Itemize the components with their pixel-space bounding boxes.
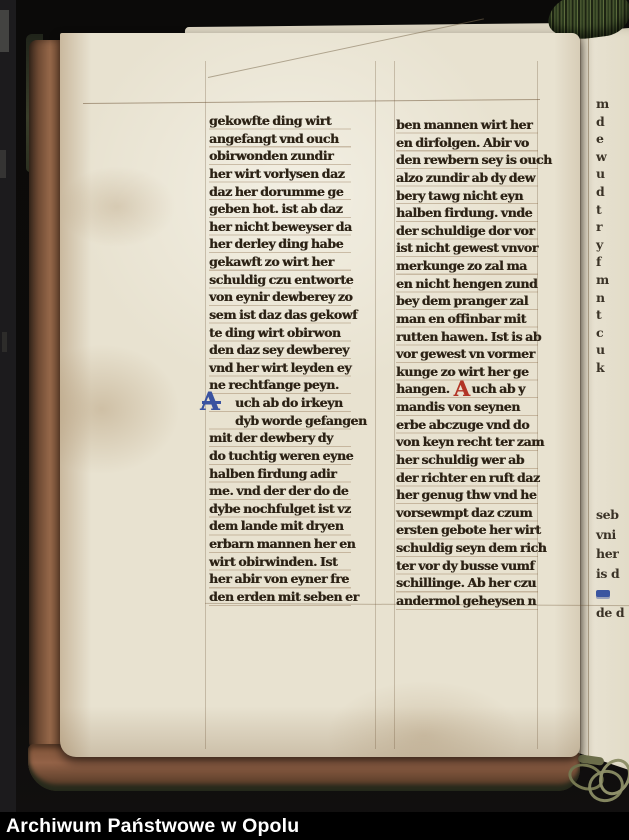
manuscript-line: alzo zundir ab dy dew: [396, 169, 538, 187]
line-text: hangen.: [396, 381, 450, 396]
manuscript-line: rutten hawen. Ist is ab: [396, 328, 538, 346]
text-fragment: e: [596, 130, 629, 148]
manuscript-line: her nicht beweyser da: [209, 218, 351, 236]
manuscript-line: andermol geheysen n: [396, 592, 538, 610]
manuscript-line: gekowfte ding wirt: [209, 112, 351, 130]
text-fragment: f: [596, 253, 629, 271]
facing-page-text-fragments: m d e w u d t r y f m n t c u k: [596, 95, 629, 377]
manuscript-line: en dirfolgen. Abir vo: [396, 134, 538, 152]
manuscript-line: dybe nochfulget ist vz: [209, 500, 351, 518]
blue-paraph-mark: [596, 590, 610, 597]
text-column-right: ben mannen wirt her en dirfolgen. Abir v…: [396, 116, 538, 610]
manuscript-line: do tuchtig weren eyne: [209, 447, 351, 465]
text-fragment: d: [596, 113, 629, 131]
manuscript-line: angefangt vnd ouch: [209, 130, 351, 148]
ruling-line-top: [83, 99, 540, 104]
text-fragment: her: [596, 544, 629, 564]
ruling-line-vertical: [375, 61, 376, 749]
text-fragment: seb: [596, 505, 629, 525]
manuscript-line: den erden mit seben er: [209, 588, 351, 606]
manuscript-line: geben hot. ist ab daz: [209, 200, 351, 218]
text-fragment: d: [596, 183, 629, 201]
text-fragment: t: [596, 306, 629, 324]
manuscript-line: mandis von seynen: [396, 398, 538, 416]
text-fragment: u: [596, 341, 629, 359]
manuscript-line: wirt obirwinden. Ist: [209, 553, 351, 571]
manuscript-line: erbe abczuge vnd do: [396, 416, 538, 434]
manuscript-line: te ding wirt obirwon: [209, 324, 351, 342]
manuscript-line: me. vnd der der do de: [209, 482, 351, 500]
ruling-line-vertical: [394, 61, 395, 749]
text-fragment: w: [596, 148, 629, 166]
text-fragment: c: [596, 324, 629, 342]
manuscript-line: mit der dewbery dy: [209, 429, 351, 447]
manuscript-line: ersten gebote her wirt: [396, 521, 538, 539]
manuscript-line: erbarn mannen her en: [209, 535, 351, 553]
manuscript-line: en nicht hengen zund: [396, 275, 538, 293]
manuscript-line: ne rechtfange peyn.: [209, 376, 351, 394]
parchment-page: A gekowfte ding wirt angefangt vnd ouch …: [60, 33, 580, 757]
manuscript-line: schillinge. Ab her czu: [396, 574, 538, 592]
manuscript-line: ben mannen wirt her: [396, 116, 538, 134]
manuscript-line: vnd her wirt leyden ey: [209, 359, 351, 377]
archive-caption: Archiwum Państwowe w Opolu: [6, 813, 299, 840]
manuscript-line: daz her dorumme ge: [209, 183, 351, 201]
text-fragment: y: [596, 236, 629, 254]
manuscript-line: von eynir dewberey zo: [209, 288, 351, 306]
text-fragment: m: [596, 95, 629, 113]
manuscript-line: her derley ding habe: [209, 235, 351, 253]
manuscript-line: uch ab do irkeyn: [209, 394, 351, 412]
text-fragment: u: [596, 165, 629, 183]
page-edge-line: [580, 28, 581, 770]
fore-edge-pages: m d e w u d t r y f m n t c u k seb vni …: [572, 28, 629, 770]
manuscript-line: obirwonden zundir: [209, 147, 351, 165]
manuscript-line: schuldig seyn dem rich: [396, 539, 538, 557]
background-speck: [0, 10, 9, 52]
manuscript-line: halben firdung. vnde: [396, 204, 538, 222]
text-fragment: n: [596, 289, 629, 307]
manuscript-line: von keyn recht ter zam: [396, 433, 538, 451]
manuscript-line: dyb worde gefangen: [209, 412, 351, 430]
manuscript-line: den rewbern sey is ouch: [396, 151, 538, 169]
manuscript-line: sem ist daz das gekowf: [209, 306, 351, 324]
background-speck: [2, 332, 7, 352]
manuscript-line: bey dem pranger zal: [396, 292, 538, 310]
manuscript-line: halben firdung adir: [209, 465, 351, 483]
manuscript-line: her wirt vorlysen daz: [209, 165, 351, 183]
archival-photo-manuscript: m d e w u d t r y f m n t c u k seb vni …: [0, 0, 629, 840]
text-fragment: k: [596, 359, 629, 377]
manuscript-line: schuldig czu entworte: [209, 271, 351, 289]
line-text: uch ab y: [472, 381, 525, 396]
text-fragment: vni: [596, 525, 629, 545]
background-left-band: [0, 0, 16, 812]
manuscript-line: gekawft zo wirt her: [209, 253, 351, 271]
text-column-left: A gekowfte ding wirt angefangt vnd ouch …: [209, 112, 351, 606]
manuscript-line: vorsewmpt daz czum: [396, 504, 538, 522]
text-fragment: m: [596, 271, 629, 289]
illuminated-initial-blue: A: [200, 389, 226, 415]
manuscript-line-with-initial: hangen.Auch ab y: [396, 380, 538, 398]
text-fragment: t: [596, 201, 629, 219]
manuscript-line: her abir von eyner fre: [209, 570, 351, 588]
manuscript-line: bery tawg nicht eyn: [396, 187, 538, 205]
manuscript-line: der richter en ruft daz: [396, 469, 538, 487]
manuscript-line: merkunge zo zal ma: [396, 257, 538, 275]
background-speck: [0, 150, 6, 178]
manuscript-line: dem lande mit dryen: [209, 517, 351, 535]
text-fragment: [596, 583, 629, 603]
caption-bar: Archiwum Państwowe w Opolu: [0, 812, 629, 840]
text-fragment: is d: [596, 564, 629, 584]
manuscript-line: her schuldig wer ab: [396, 451, 538, 469]
manuscript-line: her genug thw vnd he: [396, 486, 538, 504]
manuscript-line: der schuldige dor vor: [396, 222, 538, 240]
manuscript-line: man en offinbar mit: [396, 310, 538, 328]
manuscript-line: vor gewest vn vormer: [396, 345, 538, 363]
manuscript-line: ter vor dy busse vumf: [396, 557, 538, 575]
manuscript-line: ist nicht gewest vnvor: [396, 239, 538, 257]
text-fragment: r: [596, 218, 629, 236]
page-edge-line: [588, 28, 589, 770]
manuscript-line: den daz sey dewberey: [209, 341, 351, 359]
